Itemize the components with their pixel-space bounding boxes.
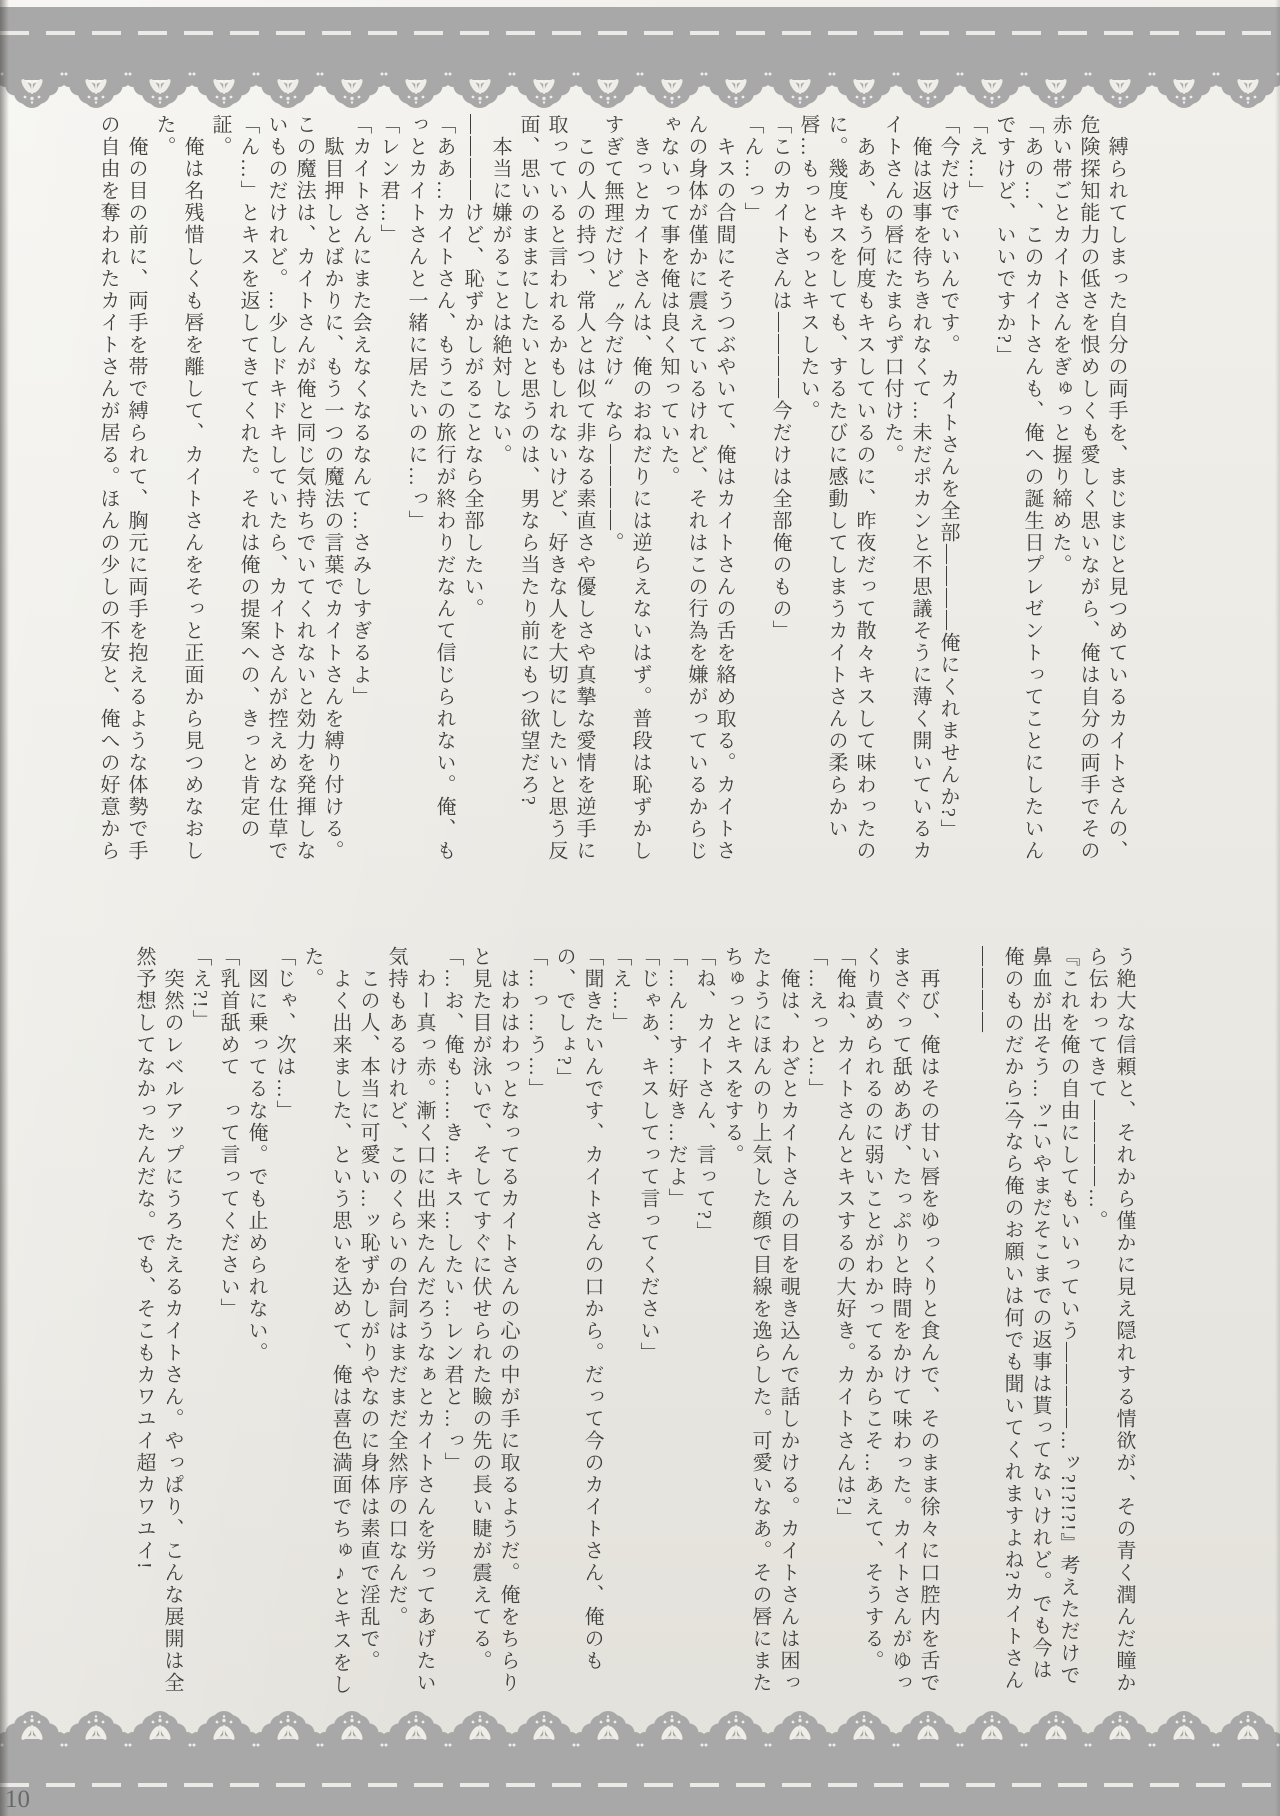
paragraph: ――――けど、恥ずかしがることなら全部したい。 bbox=[458, 114, 486, 864]
paragraph: 本当に嫌がることは絶対しない。 bbox=[486, 114, 514, 864]
paragraph: きっとカイトさんは、俺のおねだりには逆らえないはず。普段は恥ずかしすぎて無理だけ… bbox=[598, 114, 654, 864]
paragraph: キスの合間にそうつぶやいて、俺はカイトさんの舌を絡め取る。カイトさんの身体が僅か… bbox=[654, 114, 738, 864]
paragraph: 「今だけでいいんです。 カイトさんを全部――――俺にくれませんか?」 bbox=[934, 114, 962, 864]
paragraph: 俺は名残惜しくも唇を離して、カイトさんをそっと正面から見つめなおした。 bbox=[150, 114, 206, 864]
paragraph: 「ん…っ」 bbox=[738, 114, 766, 864]
paragraph: よく出来ました、という思いを込めて、俺は喜色満面でちゅ♪とキスをした。 bbox=[298, 946, 354, 1696]
paragraph: 「…っ…う…」 bbox=[522, 946, 550, 1696]
paragraph: 「…お、俺も……き…キス…したい…レン君と…っ」 bbox=[438, 946, 466, 1696]
paragraph: 「じゃ、次は…」 bbox=[270, 946, 298, 1696]
paragraph: 再び、俺はその甘い唇をゆっくりと食んで、そのまま徐々に口腔内を舌でまさぐって舐め… bbox=[858, 946, 942, 1696]
paragraph: 「俺ね、カイトさんとキスするの大好き。カイトさんは?」 bbox=[830, 946, 858, 1696]
dashed-line-bottom bbox=[0, 1783, 1280, 1787]
paragraph: ああ、もう何度もキスしているのに、昨夜だって散々キスして味わったのに。幾度キスを… bbox=[794, 114, 878, 864]
paragraph: 「乳首舐めて って言ってください」 bbox=[214, 946, 242, 1696]
paragraph: 「…えっと…」 bbox=[802, 946, 830, 1696]
paragraph: 「このカイトさんは――――今だけは全部俺のもの」 bbox=[766, 114, 794, 864]
lace-border-top bbox=[0, 67, 1280, 113]
paragraph: 「カイトさんにまた会えなくなるなんて…さみしすぎるよ」 bbox=[346, 114, 374, 864]
blank-line bbox=[942, 946, 970, 1696]
scanned-page: { "page": { "number": "10" }, "colors": … bbox=[0, 0, 1280, 1816]
paragraph: 「…ん…す…好き…だよ」 bbox=[662, 946, 690, 1696]
text-block-bottom: う絶大な信頼と、それから僅かに見え隠れする情欲が、その青く潤んだ瞳から伝わってき… bbox=[98, 946, 1138, 1696]
paragraph: 「あの…、このカイトさんも、俺への誕生日プレゼントってことにしたいんですけど、い… bbox=[990, 114, 1046, 864]
paragraph: 図に乗ってるな俺。でも止められない。 bbox=[242, 946, 270, 1696]
paragraph: 俺は、わざとカイトさんの目を覗き込んで話しかける。カイトさんは困ったようにほんの… bbox=[718, 946, 802, 1696]
paragraph: 駄目押しとばかりに、もう一つの魔法の言葉でカイトさんを縛り付ける。この魔法は、カ… bbox=[206, 114, 346, 864]
paragraph: 俺の目の前に、両手を帯で縛られて、胸元に両手を抱えるような体勢で手の自由を奪われ… bbox=[98, 114, 150, 864]
page-number: 10 bbox=[5, 1786, 30, 1814]
paragraph: この人の持つ、常人とは似て非なる素直さや優しさや真摯な愛情を逆手に取っていると言… bbox=[514, 114, 598, 864]
paragraph: わー真っ赤。漸く口に出来たんだろうなぁとカイトさんを労ってあげたい気持もあるけれ… bbox=[382, 946, 438, 1696]
paragraph: 俺は返事を待ちきれなくて…未だポカンと不思議そうに薄く開いているカイトさんの唇に… bbox=[878, 114, 934, 864]
text-block-top: 縛られてしまった自分の両手を、まじまじと見つめているカイトさんの、危険探知能力の… bbox=[98, 114, 1130, 864]
lace-border-bottom bbox=[0, 1706, 1280, 1752]
dashed-line-top bbox=[0, 31, 1280, 35]
paragraph: はわはわっとなってるカイトさんの心の中が手に取るようだ。俺をちらりと見た目が泳い… bbox=[466, 946, 522, 1696]
paragraph: う絶大な信頼と、それから僅かに見え隠れする情欲が、その青く潤んだ瞳から伝わってき… bbox=[1082, 946, 1138, 1696]
paragraph: 「ね、カイトさん、言って?」 bbox=[690, 946, 718, 1696]
paragraph: 「え?!」 bbox=[186, 946, 214, 1696]
paragraph: 「レン君…」 bbox=[374, 114, 402, 864]
border-band-top bbox=[0, 7, 1280, 69]
paragraph: 縛られてしまった自分の両手を、まじまじと見つめているカイトさんの、危険探知能力の… bbox=[1046, 114, 1130, 864]
paragraph: この人、本当に可愛い…ッ恥ずかしがりやなのに身体は素直で淫乱で。 bbox=[354, 946, 382, 1696]
paragraph: 「聞きたいんです、カイトさんの口から。だって今のカイトさん、俺のもの、でしょ?」 bbox=[550, 946, 606, 1696]
paragraph: 突然のレベルアップにうろたえるカイトさん。やっぱり、こんな展開は全然予想してなか… bbox=[130, 946, 186, 1696]
paragraph: 「ああ…カイトさん、もうこの旅行が終わりだなんて信じられない。俺、もっとカイトさ… bbox=[402, 114, 458, 864]
paragraph: 「え…」 bbox=[962, 114, 990, 864]
scan-shadow-left bbox=[0, 0, 9, 1816]
border-band-bottom bbox=[0, 1752, 1280, 1816]
paragraph: 「じゃあ、キスしてって言ってください」 bbox=[634, 946, 662, 1696]
scan-shadow-right bbox=[1275, 0, 1280, 1816]
paragraph: 「え…」 bbox=[606, 946, 634, 1696]
paragraph: 『これを俺の自由にしてもいいっていう――――…ッ?!?!?!』考えただけで鼻血が… bbox=[970, 946, 1082, 1696]
